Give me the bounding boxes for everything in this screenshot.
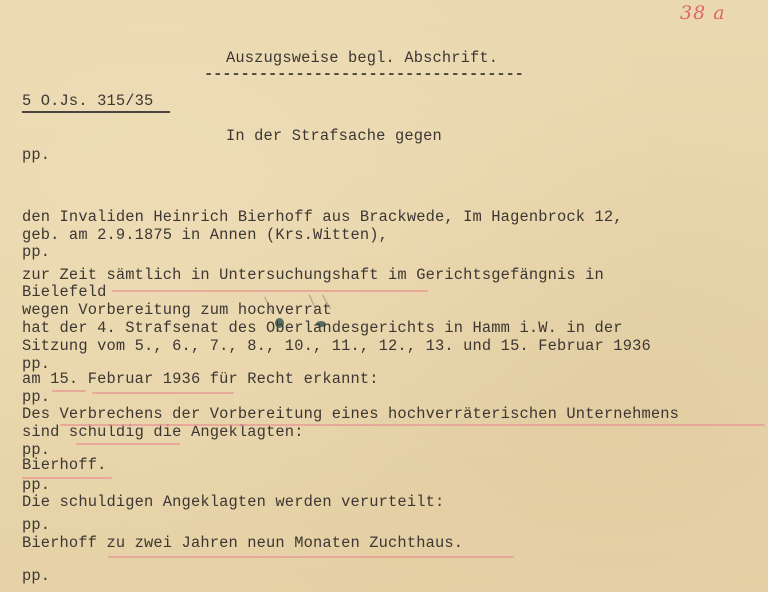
verdict-line-1: Des Verbrechens der Vorbereitung eines h…	[22, 405, 679, 423]
case-heading: In der Strafsache gegen	[226, 127, 442, 145]
red-underline-verdict	[60, 424, 765, 426]
pp-line: pp.	[22, 516, 50, 534]
custody-line-1: zur Zeit sämtlich in Untersuchungshaft i…	[22, 266, 604, 284]
title-rule: -----------------------------------	[204, 65, 524, 83]
charge-line: wegen Vorbereitung zum hochverrat	[22, 301, 332, 319]
guilty-name-line: Bierhoff.	[22, 456, 106, 474]
red-underline-date-day	[52, 390, 86, 392]
ink-blot-mark	[316, 321, 326, 327]
ink-blot-mark	[275, 318, 284, 328]
red-underline-custody	[112, 290, 428, 292]
sentence-intro-line: Die schuldigen Angeklagten werden verurt…	[22, 493, 444, 511]
red-underline-guilty	[76, 443, 180, 445]
red-underline-name	[22, 477, 112, 479]
document-page: 38 a Auszugsweise begl. Abschrift. -----…	[0, 0, 768, 592]
case-number-underline	[22, 111, 170, 113]
judgment-date-line: am 15. Februar 1936 für Recht erkannt:	[22, 370, 379, 388]
pp-line: pp.	[22, 388, 50, 406]
pp-line: pp.	[22, 243, 50, 261]
folio-number: 38 a	[680, 2, 726, 24]
red-underline-sentence	[108, 556, 514, 558]
custody-line-2: Bielefeld	[22, 283, 106, 301]
sentence-line: Bierhoff zu zwei Jahren neun Monaten Zuc…	[22, 534, 463, 552]
defendant-line-2: geb. am 2.9.1875 in Annen (Krs.Witten),	[22, 226, 388, 244]
pp-line: pp.	[22, 567, 50, 585]
court-line-2: Sitzung vom 5., 6., 7., 8., 10., 11., 12…	[22, 337, 651, 355]
pp-line: pp.	[22, 146, 50, 164]
defendant-line-1: den Invaliden Heinrich Bierhoff aus Brac…	[22, 208, 623, 226]
case-number: 5 O.Js. 315/35	[22, 92, 153, 110]
red-underline-date-month	[92, 392, 234, 394]
